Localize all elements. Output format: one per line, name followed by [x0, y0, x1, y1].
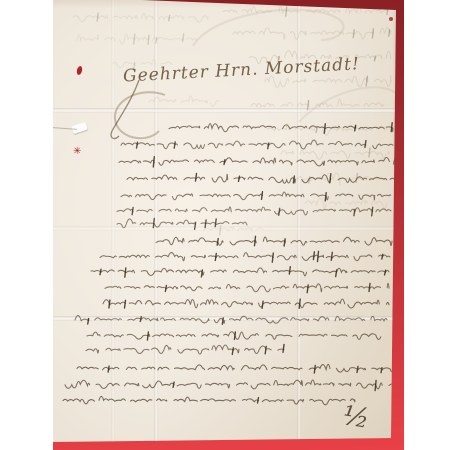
handwriting-line [203, 228, 263, 231]
closing-flourish-mark: ½ [341, 400, 372, 435]
red-wax-mark: ✳ [73, 146, 81, 157]
handwriting-line [77, 364, 395, 372]
handwriting-line [156, 237, 392, 245]
letter-paper: Geehrter Hrn. Morstadt! ½ ✳ [53, 0, 404, 450]
handwriting-line [369, 148, 370, 157]
handwriting-line [233, 27, 391, 39]
handwriting-line [117, 219, 247, 228]
letter-photo: Geehrter Hrn. Morstadt! ½ ✳ [53, 0, 404, 450]
handwriting-line [117, 207, 391, 215]
handwriting-line [286, 7, 388, 16]
handwriting-line [281, 151, 389, 160]
salutation-tail-flourish [111, 80, 139, 138]
handwriting-line [63, 396, 355, 404]
handwriting-line [366, 77, 367, 86]
handwriting-line [262, 192, 327, 201]
handwriting-line [153, 218, 216, 229]
handwriting-line [73, 13, 208, 22]
handwriting-line [121, 192, 391, 200]
handwriting-line [149, 96, 219, 106]
handwriting-line [100, 253, 390, 261]
handwriting-line [65, 380, 395, 389]
handwriting-line [127, 174, 395, 183]
capital-swirl-flourish [115, 92, 165, 138]
handwriting-line [308, 101, 309, 110]
handwriting-line [91, 268, 389, 276]
handwriting-line [119, 157, 395, 165]
handwriting-line [103, 299, 389, 308]
handwriting-line [220, 226, 221, 235]
handwriting-line [75, 316, 387, 324]
handwriting-line [132, 207, 373, 216]
photo-page: Geehrter Hrn. Morstadt! ½ ✳ [0, 0, 450, 450]
handwriting-line [121, 140, 393, 149]
handwriting-line [316, 128, 317, 133]
handwriting-line [258, 398, 259, 403]
handwriting-line [86, 345, 284, 354]
handwriting-line [105, 283, 389, 291]
handwriting-line [88, 317, 224, 325]
handwriting-line [77, 34, 197, 44]
handwriting-line [137, 141, 366, 149]
pinhole-red-dot [389, 17, 393, 21]
